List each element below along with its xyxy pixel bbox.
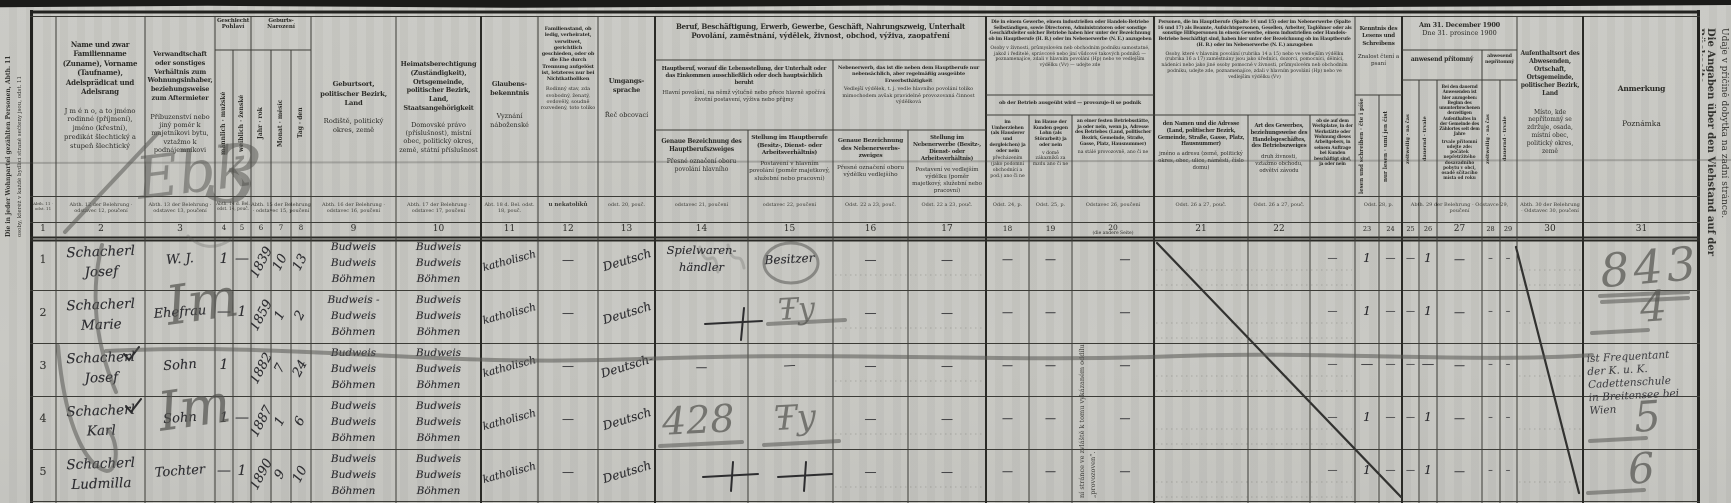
present-since-mark: — bbox=[1439, 412, 1480, 425]
language-value: Deutsch bbox=[601, 299, 653, 327]
header-personen-cs: Osoby, které v hlavním povolání (rubrika… bbox=[1156, 52, 1353, 81]
birth-day-value: 13 bbox=[289, 252, 310, 274]
reads-writes-mark: — bbox=[1355, 356, 1379, 371]
header-beruf-de: Beruf, Beschäftigung, Erwerb, Gewerbe, G… bbox=[657, 22, 984, 31]
temp-absent-mark: – bbox=[1482, 466, 1499, 476]
colnum-14: 14 bbox=[657, 224, 746, 234]
language-value: Deutsch- bbox=[599, 351, 655, 380]
home-line: Budweis bbox=[398, 361, 479, 377]
birth-day-value: 24 bbox=[289, 358, 310, 380]
side-position-cell: — bbox=[910, 359, 984, 373]
header-nebenerwerb-box: Nebenerwerb, das ist die neben dem Haupt… bbox=[833, 62, 984, 128]
position-cell: Besitzer bbox=[748, 250, 832, 268]
header-col12-cs: Rodinný stav, zda svobodný, ženatý, ovdo… bbox=[540, 86, 596, 111]
perm-absent-mark: – bbox=[1500, 307, 1516, 317]
ref-dec: Abth. 29 der Belehrung · Odstavce 29, po… bbox=[1404, 197, 1515, 222]
name-cell: SchacherlMarie bbox=[57, 294, 144, 337]
marital-cell: — bbox=[540, 253, 596, 267]
header-col14-de: Genaue Bezeichnung des Hauptberufs­zweig… bbox=[657, 138, 746, 154]
relation-cell: W. J. bbox=[147, 250, 214, 270]
colnum-31: 31 bbox=[1585, 224, 1698, 234]
row-number: 4 bbox=[30, 412, 56, 425]
ref-col13: odst. 20, pouč. bbox=[600, 197, 653, 222]
religion-cell: katholisch bbox=[481, 302, 538, 321]
position-cell: — bbox=[748, 356, 832, 374]
religion-value: katholisch bbox=[482, 354, 538, 380]
religion-value: katholisch bbox=[482, 301, 538, 327]
header-col13-de: Umgangs­sprache bbox=[600, 77, 653, 95]
fixed-premises-cell: — bbox=[1100, 465, 1150, 478]
side-position-cell: — bbox=[910, 465, 984, 479]
religion-value: katholisch bbox=[482, 407, 538, 433]
reads-writes-mark: 1 bbox=[1355, 303, 1379, 318]
birthplace-line: Budweis bbox=[313, 414, 394, 430]
fixed-premises-cell: — bbox=[1100, 359, 1150, 372]
birth-month-value: 7 bbox=[271, 361, 288, 375]
colnum-30: 30 bbox=[1519, 224, 1581, 234]
header-col9-de: Geburtsort, politischer Bezirk, Land bbox=[313, 80, 394, 109]
header-col10-de: Heimatsberechtigung (Zuständigkeit), Ort… bbox=[398, 60, 479, 113]
perm-absent-mark: – bbox=[1500, 466, 1516, 476]
temp-absent-mark: – bbox=[1482, 307, 1499, 317]
pencil-im-row2: Im bbox=[162, 265, 243, 337]
pencil-428-row4: 428 bbox=[661, 396, 736, 444]
header-col19: im Hause der Kunden gegen Lohn (als Stör… bbox=[1031, 117, 1070, 196]
home-right-cell: BudweisBudweisBöhmen bbox=[398, 239, 479, 287]
header-col22-cs: druh živnosti, vztažmo obchodu, odvětví … bbox=[1250, 154, 1308, 174]
perm-present-mark: 1 bbox=[1419, 462, 1437, 477]
birthplace-line: Budweis bbox=[313, 308, 394, 324]
temp-present-mark: — bbox=[1402, 413, 1419, 423]
language-value: Deutsch bbox=[601, 246, 653, 274]
header-nebenerwerb-cs: Vedlejší výdělek, t. j. vedle hlavního p… bbox=[833, 86, 984, 105]
religion-cell: katholisch bbox=[481, 408, 538, 427]
header-birth-group: Geburts- Narození bbox=[251, 18, 311, 50]
colnum-23: 23 bbox=[1355, 225, 1379, 233]
marital-cell: — bbox=[540, 306, 596, 320]
home-right-cell: BudweisBudweisBöhmen bbox=[398, 345, 479, 393]
present-since-mark: — bbox=[1439, 253, 1480, 266]
side-job-cell: — bbox=[835, 306, 906, 320]
header-col16-cs: Přesné označení oboru výdělku vedlejšího bbox=[835, 165, 906, 180]
colnum-15: 15 bbox=[748, 224, 831, 234]
birth-month-value: 1 bbox=[271, 414, 288, 428]
pencil-count-4: 4 bbox=[1638, 281, 1668, 332]
left-margin-note-de: Die in jeder Wohnpartei gezählten Person… bbox=[5, 12, 16, 237]
colnum-24: 24 bbox=[1379, 225, 1402, 233]
header-abwesend-box: abwesend nepří­tomný bbox=[1484, 52, 1515, 80]
header-col18-cs: přecházením (jako podomní obchodníci a p… bbox=[988, 156, 1027, 179]
customer-home-cell: — bbox=[1031, 465, 1070, 478]
home-line: Budweis bbox=[398, 255, 479, 271]
ref-col11: Abt. 18 d. Bel. odst. 18, pouč. bbox=[483, 197, 536, 222]
birthplace-line: Budweis bbox=[313, 361, 394, 377]
religion-cell: katholisch bbox=[481, 355, 538, 374]
table-row: 3 SchacherlJosef Sohn 1 1882 7 24 Budwei… bbox=[0, 343, 1731, 396]
header-dec-cs: Dne 31. prosince 1900 bbox=[1404, 29, 1515, 37]
language-value: Deutsch bbox=[601, 405, 653, 433]
religion-cell: katholisch bbox=[481, 249, 538, 268]
header-col14: Genaue Bezeichnung des Hauptberufs­zweig… bbox=[657, 132, 746, 196]
table-row: 1 SchacherlJosef W. J. 1 — 1839 10 13 Bu… bbox=[0, 237, 1731, 290]
home-line: Böhmen bbox=[398, 271, 479, 287]
itinerant-cell: — bbox=[988, 359, 1027, 372]
religion-value: katholisch bbox=[482, 248, 538, 274]
present-since-mark: — bbox=[1439, 306, 1480, 319]
side-position-cell: — bbox=[910, 412, 984, 426]
header-col16: Genaue Bezeichnung des Nebenerwerbs­zwei… bbox=[835, 132, 906, 196]
header-col22b: ob sie auf dem Werkplatze, in der Werkst… bbox=[1312, 117, 1353, 196]
home-line: Budweis bbox=[398, 467, 479, 483]
temp-absent-mark: – bbox=[1482, 413, 1499, 423]
colnum-3: 3 bbox=[147, 224, 213, 234]
header-col25-temp-present: zeitweilig · na čas bbox=[1404, 82, 1419, 196]
ref-col12: u nekatolíků bbox=[540, 197, 596, 222]
header-col12: Familienstand, ob ledig, verheiratet, ve… bbox=[540, 20, 596, 196]
header-kenntnis-cs: Znalost čtení a psaní bbox=[1357, 54, 1400, 68]
header-dec-banner: Am 31. December 1900 Dne 31. prosince 19… bbox=[1404, 18, 1515, 50]
header-col23-read-write: lesen und schreiben · čte i píše bbox=[1357, 97, 1379, 196]
header-hauptberuf-de: Hauptberuf, worauf die Lebensstellung, d… bbox=[657, 66, 831, 87]
occupation-line: Spielwaren- bbox=[657, 242, 746, 259]
header-col29-perm-absent: dauernd · trvale bbox=[1501, 82, 1516, 196]
home-line: Budweis bbox=[398, 398, 479, 414]
birthplace-line: Budweis bbox=[313, 467, 394, 483]
marital-cell: — bbox=[540, 359, 596, 373]
ref-col30: Abth. 30 der Belehrung · Odstavec 30, po… bbox=[1519, 197, 1581, 222]
perm-present-mark: 1 bbox=[1419, 409, 1437, 424]
birth-month-value: 9 bbox=[271, 467, 288, 481]
colnum-10: 10 bbox=[398, 224, 479, 234]
header-col27-de: Bei den dauernd Anwesenden ist hier anzu… bbox=[1439, 84, 1480, 137]
header-col20-cs: na stálé provozovně, ano či ne bbox=[1074, 150, 1152, 156]
header-dec-de: Am 31. December 1900 bbox=[1404, 21, 1515, 29]
given-name: Josef bbox=[58, 366, 145, 389]
customer-home-cell: — bbox=[1031, 306, 1070, 319]
header-col3-de: Verwandtschaft oder sonstiges Verhältnis… bbox=[147, 50, 213, 103]
colnum-9: 9 bbox=[313, 224, 394, 234]
itinerant-cell: — bbox=[988, 465, 1027, 478]
religion-value: katholisch bbox=[482, 460, 538, 486]
colnum-19: 19 bbox=[1031, 224, 1070, 233]
ref-col16: Odst. 22 a 23, pouč. bbox=[835, 197, 906, 222]
birthplace-line: Budweis - bbox=[313, 292, 394, 308]
fixed-premises-cell: — bbox=[1100, 253, 1150, 266]
header-col17: Stellung im Nebenerwerbe (Besitz-, Diens… bbox=[910, 132, 984, 196]
header-col8-day: Tag · den bbox=[291, 52, 311, 194]
colnum-18: 18 bbox=[988, 224, 1027, 233]
header-col20: an einer festen Betriebsstätte, ja oder … bbox=[1074, 117, 1152, 196]
header-col17-de: Stellung im Nebenerwerbe (Besitz-, Diens… bbox=[910, 135, 984, 164]
colnum-11: 11 bbox=[483, 224, 536, 234]
colnum-25: 25 bbox=[1402, 225, 1419, 233]
header-col17-cs: Postavení ve vedlejším výdělku (poměr ma… bbox=[910, 167, 984, 196]
workplace-cell: — bbox=[1312, 412, 1353, 423]
birth-month-value: 1 bbox=[271, 308, 288, 322]
header-sex-cs: Pohlaví bbox=[215, 24, 251, 30]
occupation-cell: — bbox=[657, 359, 746, 376]
census-sheet-scan: Die in jeder Wohnpartei gezählten Person… bbox=[0, 0, 1731, 503]
ref-birth: Abth. 15 der Belehrung · odstavec 15, po… bbox=[251, 197, 311, 222]
header-col31-de: Anmerkung bbox=[1585, 84, 1698, 93]
row-number: 5 bbox=[30, 465, 56, 478]
perm-present-mark: 1 bbox=[1419, 250, 1437, 265]
temp-absent-mark: – bbox=[1482, 254, 1499, 264]
occupation-line: händler bbox=[657, 259, 746, 276]
header-beruf-banner: Beruf, Beschäftigung, Erwerb, Gewerbe, G… bbox=[657, 18, 984, 60]
birthplace-cell: BudweisBudweisBöhmen bbox=[313, 451, 394, 499]
birthplace-line: Budweis bbox=[313, 451, 394, 467]
header-gewerbe-note: ob der Betrieb ausgeübt wird — provozuje… bbox=[988, 97, 1152, 115]
header-col14-cs: Přesné označení oboru povolání hlavního bbox=[657, 158, 746, 174]
birth-day: 2 bbox=[287, 290, 313, 343]
perm-present-mark: — bbox=[1419, 356, 1437, 371]
header-beruf-cs: Povolání, zaměstnání, výdělek, živnost, … bbox=[657, 31, 984, 40]
birth-day: 13 bbox=[287, 237, 313, 290]
name-cell: SchacherlKarl bbox=[57, 400, 144, 443]
header-col31: Anmerkung Poznámka bbox=[1585, 22, 1698, 196]
header-nebenerwerb-de: Nebenerwerb, das ist die neben dem Haupt… bbox=[833, 65, 984, 84]
name-cell: SchacherlLudmilla bbox=[57, 453, 144, 496]
colnum-17: 17 bbox=[910, 224, 984, 234]
header-col16-de: Genaue Bezeichnung des Nebenerwerbs­zwei… bbox=[835, 138, 906, 161]
colnum-8: 8 bbox=[291, 224, 311, 232]
side-job-cell: — bbox=[835, 465, 906, 479]
table-row: 5 SchacherlLudmilla Tochter — 1 1890 9 1… bbox=[0, 449, 1731, 502]
header-col20-de: an einer festen Betriebsstätte, ja oder … bbox=[1074, 119, 1152, 148]
relation-cell: Sohn bbox=[147, 356, 214, 376]
workplace-cell: — bbox=[1312, 306, 1353, 317]
present-since-mark: — bbox=[1439, 465, 1480, 478]
home-right-cell: BudweisBudweisBöhmen bbox=[398, 451, 479, 499]
birthplace-cell: Budweis -BudweisBöhmen bbox=[313, 292, 394, 340]
birth-day: 10 bbox=[287, 449, 313, 502]
ref-col20: Odstavec 26, poučení bbox=[1074, 197, 1152, 222]
name-cell: SchacherlJosef bbox=[57, 347, 144, 390]
header-col27: Bei den dauernd Anwesenden ist hier anzu… bbox=[1439, 82, 1480, 196]
home-line: Böhmen bbox=[398, 377, 479, 393]
header-col21-cs: jméno a adresu (země, politický okres, o… bbox=[1156, 151, 1246, 171]
perm-present-mark: 1 bbox=[1419, 303, 1437, 318]
colnum-22: 22 bbox=[1250, 224, 1308, 234]
colnum-6: 6 bbox=[251, 224, 271, 232]
remark-row3: ist Frequentant der K. u. K. Cadettensch… bbox=[1586, 347, 1707, 418]
fixed-premises-cell: — bbox=[1100, 306, 1150, 319]
reads-only-mark: — bbox=[1379, 359, 1402, 370]
header-sex-group: Geschlecht Pohlaví bbox=[215, 18, 251, 50]
scan-top-edge bbox=[0, 0, 1731, 10]
birthplace-line: Budweis bbox=[313, 398, 394, 414]
birth-day: 24 bbox=[287, 343, 313, 396]
header-gewerbe-note-text: ob der Betrieb ausgeübt wird — provozuje… bbox=[988, 100, 1152, 106]
colnum-29: 29 bbox=[1500, 225, 1516, 233]
name-cell: SchacherlJosef bbox=[57, 241, 144, 284]
side-position-cell: — bbox=[910, 306, 984, 320]
ref-col15: odstavec 22, poučení bbox=[748, 197, 831, 222]
header-col15: Stellung im Hauptberufe (Besitz-, Dienst… bbox=[748, 132, 831, 196]
ref-col21: Odst. 26 a 27, pouč. bbox=[1156, 197, 1246, 222]
home-line: Budweis bbox=[398, 451, 479, 467]
header-birth-cs: Narození bbox=[251, 24, 311, 30]
home-line: Budweis bbox=[398, 308, 479, 324]
side-position-cell: — bbox=[910, 253, 984, 267]
header-col30-de: Aufenthaltsort des Abwesenden, Ortschaft… bbox=[1519, 50, 1581, 99]
customer-home-cell: — bbox=[1031, 253, 1070, 266]
row-number: 2 bbox=[30, 306, 56, 319]
ref-col1: Abth. 11 · odst. 11 bbox=[30, 197, 56, 222]
fixed-premises-cell: — bbox=[1100, 412, 1150, 425]
header-col22: Art des Gewerbes, beziehungsweise des Ha… bbox=[1250, 117, 1308, 196]
side-job-cell: — bbox=[835, 253, 906, 267]
header-col22-de: Art des Gewerbes, beziehungsweise des Ha… bbox=[1250, 123, 1308, 150]
colnum-12: 12 bbox=[540, 224, 596, 234]
language-cell: Deutsch- bbox=[598, 355, 655, 374]
reads-only-mark: — bbox=[1379, 253, 1402, 264]
itinerant-cell: — bbox=[988, 412, 1027, 425]
birthplace-line: Böhmen bbox=[313, 324, 394, 340]
row-number: 1 bbox=[30, 253, 56, 266]
ref-col10: Abth. 17 der Belehrung · odstavec 17, po… bbox=[398, 197, 479, 222]
language-cell: Deutsch bbox=[598, 302, 655, 321]
reads-writes-mark: 1 bbox=[1355, 250, 1379, 265]
surname: Schacherl bbox=[57, 347, 144, 370]
ref-kenntnis: Odst. 28, p. bbox=[1355, 197, 1402, 222]
temp-present-mark: — bbox=[1402, 254, 1419, 264]
home-line: Budweis bbox=[398, 292, 479, 308]
language-cell: Deutsch bbox=[598, 249, 655, 268]
birth-day-value: 2 bbox=[291, 308, 308, 322]
header-col22b-de: ob sie auf dem Werkplatze, in der Werkst… bbox=[1312, 119, 1353, 167]
header-anwesend-label: anwesend přítomný bbox=[1404, 56, 1480, 64]
header-col18-de: im Umherziehen (als Hausierer und dergle… bbox=[988, 120, 1027, 154]
header-col30-cs: Místo, kde nepřítomný se zdržuje, osada,… bbox=[1519, 109, 1581, 156]
colnum-16: 16 bbox=[835, 224, 906, 234]
home-right-cell: BudweisBudweisBöhmen bbox=[398, 398, 479, 446]
header-hauptberuf-box: Hauptberuf, worauf die Lebensstellung, d… bbox=[657, 62, 831, 128]
surname: Schacherl bbox=[57, 400, 144, 423]
header-col30: Aufenthaltsort des Abwesenden, Ortschaft… bbox=[1519, 22, 1581, 196]
header-col15-cs: Postavení v hlav­ním povolání (poměr maj… bbox=[748, 161, 831, 184]
religion-cell: katholisch bbox=[481, 461, 538, 480]
header-kenntnis-de: Kenntnis des Lesens und Schreibens bbox=[1357, 26, 1400, 48]
pencil-ty-row2: Ŧy bbox=[777, 291, 816, 328]
workplace-cell: — bbox=[1312, 359, 1353, 370]
customer-home-cell: — bbox=[1031, 412, 1070, 425]
header-col15-de: Stellung im Hauptberufe (Besitz-, Dienst… bbox=[748, 135, 831, 158]
given-name: Karl bbox=[58, 419, 145, 442]
ref-col2: Abth. 12 der Belehrung · odstavec 12, po… bbox=[58, 197, 144, 222]
header-col2-cs: J m é n o, a to jméno rodinné (příjmení)… bbox=[58, 107, 142, 151]
header-gewerbe-banner: Die in einem Gewerbe, einem industrielle… bbox=[988, 18, 1152, 95]
header-col11-de: Glaubens­bekenntnis bbox=[483, 80, 536, 98]
table-row: 2 SchacherlMarie Ehefrau — 1 1859 1 2 Bu… bbox=[0, 290, 1731, 343]
given-name: Marie bbox=[58, 313, 145, 336]
temp-present-mark: — bbox=[1402, 360, 1419, 370]
colnum-13: 13 bbox=[600, 224, 653, 234]
ref-col19: Odst. 25, p. bbox=[1031, 197, 1070, 222]
header-personen-banner: Personen, die im Hauptberufe (Spalte 14 … bbox=[1156, 18, 1353, 115]
colnum-2: 2 bbox=[58, 224, 144, 234]
header-col13-cs: Řeč obcovací bbox=[600, 111, 653, 120]
home-line: Budweis bbox=[398, 345, 479, 361]
surname: Schacherl bbox=[57, 241, 144, 264]
workplace-cell: — bbox=[1312, 253, 1353, 264]
colnum-21: 21 bbox=[1156, 224, 1246, 234]
header-hauptberuf-cs: Hlavní povolání, na němž výlučně nebo př… bbox=[657, 90, 831, 104]
temp-present-mark: — bbox=[1402, 466, 1419, 476]
pencil-im-row4: Im bbox=[154, 371, 235, 443]
birthplace-cell: BudweisBudweisBöhmen bbox=[313, 239, 394, 287]
header-personen-de: Personen, die im Hauptberufe (Spalte 14 … bbox=[1156, 20, 1353, 49]
home-line: Budweis bbox=[398, 414, 479, 430]
given-name: Ludmilla bbox=[58, 472, 145, 495]
colnum-7: 7 bbox=[271, 224, 291, 232]
birthplace-line: Budweis bbox=[313, 239, 394, 255]
header-col24-read-only: nur lesen · umí jen číst bbox=[1381, 97, 1401, 196]
home-line: Böhmen bbox=[398, 324, 479, 340]
perm-absent-mark: – bbox=[1500, 413, 1516, 423]
itinerant-cell: — bbox=[988, 306, 1027, 319]
birthplace-line: Budweis bbox=[313, 345, 394, 361]
temp-absent-mark: – bbox=[1482, 360, 1499, 370]
table-row: 4 SchacherlKarl Sohn 1 — 1887 1 6 Budwei… bbox=[0, 396, 1731, 449]
header-col7-month: Monat · měsíc bbox=[271, 52, 291, 194]
header-col12-de: Familienstand, ob ledig, verheiratet, ve… bbox=[540, 26, 596, 82]
header-col21-de: den Namen und die Adresse (Land, politis… bbox=[1156, 121, 1246, 148]
header-col28-temp-absent: zeitweilig · na čas bbox=[1484, 82, 1499, 196]
row-number: 3 bbox=[30, 359, 56, 372]
home-line: Budweis bbox=[398, 239, 479, 255]
header-col9: Geburtsort, politischer Bezirk, Land Rod… bbox=[313, 22, 394, 194]
temp-present-mark: — bbox=[1402, 307, 1419, 317]
present-since-mark: — bbox=[1439, 359, 1480, 372]
reads-only-mark: — bbox=[1379, 306, 1402, 317]
itinerant-cell: — bbox=[988, 253, 1027, 266]
colnum-1: 1 bbox=[30, 224, 56, 234]
header-anwesend-box: anwesend přítomný bbox=[1404, 52, 1480, 80]
reads-writes-mark: 1 bbox=[1355, 409, 1379, 424]
header-col19-de: im Hause der Kunden gegen Lohn (als Stör… bbox=[1031, 120, 1070, 149]
header-kenntnis-box: Kenntnis des Lesens und Schreibens Znalo… bbox=[1357, 18, 1400, 95]
home-line: Böhmen bbox=[398, 483, 479, 499]
header-col13: Umgangs­sprache Řeč obcovací bbox=[600, 22, 653, 194]
workplace-cell: — bbox=[1312, 465, 1353, 476]
header-col19-cs: v domě zákazníků za mzdu ano či ne bbox=[1031, 151, 1070, 168]
birthplace-line: Böhmen bbox=[313, 271, 394, 287]
header-col2: Name und zwar Familienname (Zuname), Vor… bbox=[58, 22, 142, 194]
header-col11-cs: Vyznání náboženské bbox=[483, 112, 536, 130]
birthplace-line: Böhmen bbox=[313, 377, 394, 393]
header-abwesend-label: abwesend nepří­tomný bbox=[1484, 54, 1515, 66]
home-right-cell: BudweisBudweisBöhmen bbox=[398, 292, 479, 340]
relation-cell: Tochter bbox=[147, 462, 214, 482]
side-job-cell: — bbox=[835, 359, 906, 373]
birth-day-value: 10 bbox=[289, 464, 310, 486]
header-col21: den Namen und die Adresse (Land, politis… bbox=[1156, 117, 1246, 196]
colnum-28: 28 bbox=[1482, 225, 1499, 233]
given-name: Josef bbox=[58, 260, 145, 283]
header-gewerbe-cs: Osoby v živnosti, průmyslovém neb obchod… bbox=[988, 46, 1152, 69]
pencil-ty-row4: Ŧy bbox=[773, 397, 817, 439]
birthplace-line: Budweis bbox=[313, 255, 394, 271]
birth-day-value: 6 bbox=[291, 414, 308, 428]
birthplace-line: Böhmen bbox=[313, 483, 394, 499]
header-gewerbe-de: Die in einem Gewerbe, einem industrielle… bbox=[988, 20, 1152, 43]
perm-absent-mark: – bbox=[1500, 360, 1516, 370]
header-col10-cs: Domovské právo (příslušnost), místní obe… bbox=[398, 121, 479, 155]
language-value: Deutsch bbox=[601, 458, 653, 486]
male-mark: 1 bbox=[215, 251, 233, 267]
